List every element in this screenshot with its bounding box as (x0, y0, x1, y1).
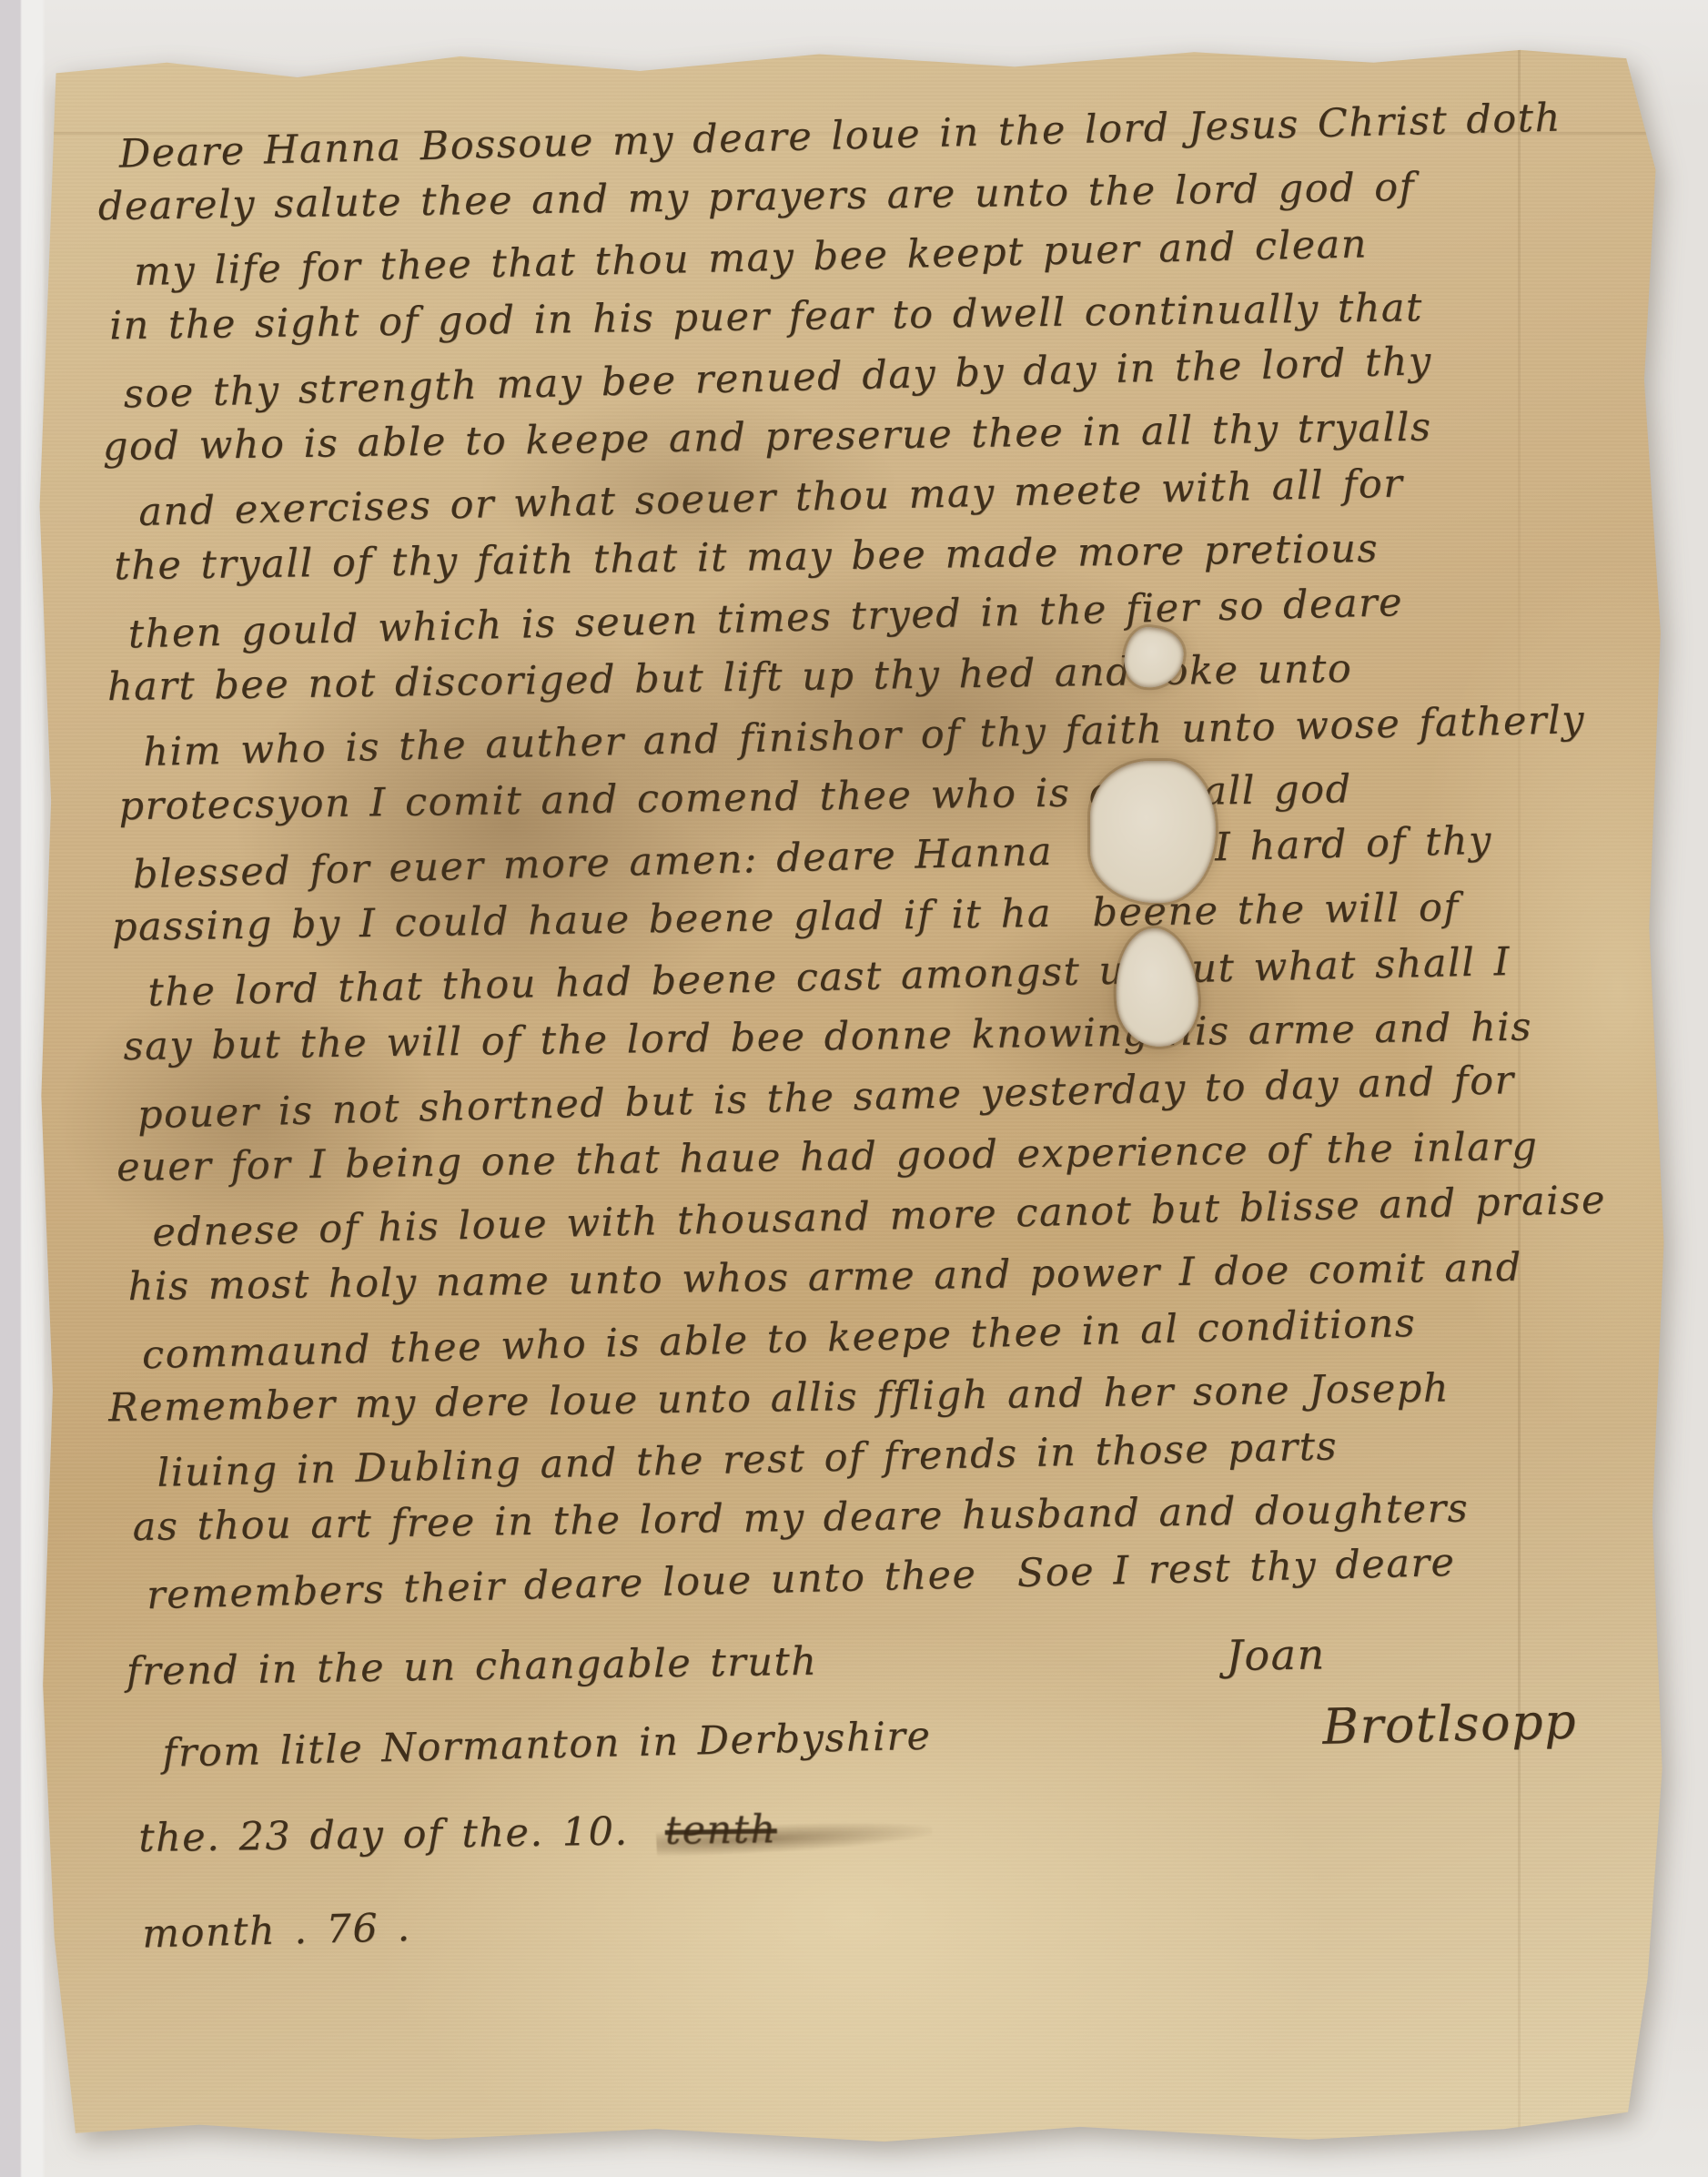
signature-first-name: Joan (1226, 1624, 1326, 1686)
letter-text: Deare Hanna Bossoue my deare loue in the… (95, 91, 1668, 1960)
month-line: month . 76 . (141, 1866, 1667, 1964)
date-row: the. 23 day of the. 10. tenth (138, 1787, 1666, 1868)
struck-word-tenth: tenth (664, 1807, 777, 1854)
manuscript-photo-backdrop: Deare Hanna Bossoue my deare loue in the… (0, 0, 1708, 2177)
letter-paper-wrap: Deare Hanna Bossoue my deare loue in the… (36, 44, 1667, 2148)
place-line: from litle Normanton in Derbyshire (162, 1706, 932, 1784)
place-row: from litle Normanton in Derbyshire Brotl… (162, 1689, 1664, 1783)
paper-hole-large (1090, 761, 1216, 903)
closing-phrase: frend in the un changable truth (126, 1632, 818, 1702)
date-line: the. 23 day of the. 10. (138, 1809, 629, 1862)
signature-last-name: Brotlsopp (1322, 1692, 1578, 1757)
closing-row: frend in the un changable truth Joan (126, 1619, 1663, 1702)
letter-paper: Deare Hanna Bossoue my deare loue in the… (36, 44, 1667, 2148)
